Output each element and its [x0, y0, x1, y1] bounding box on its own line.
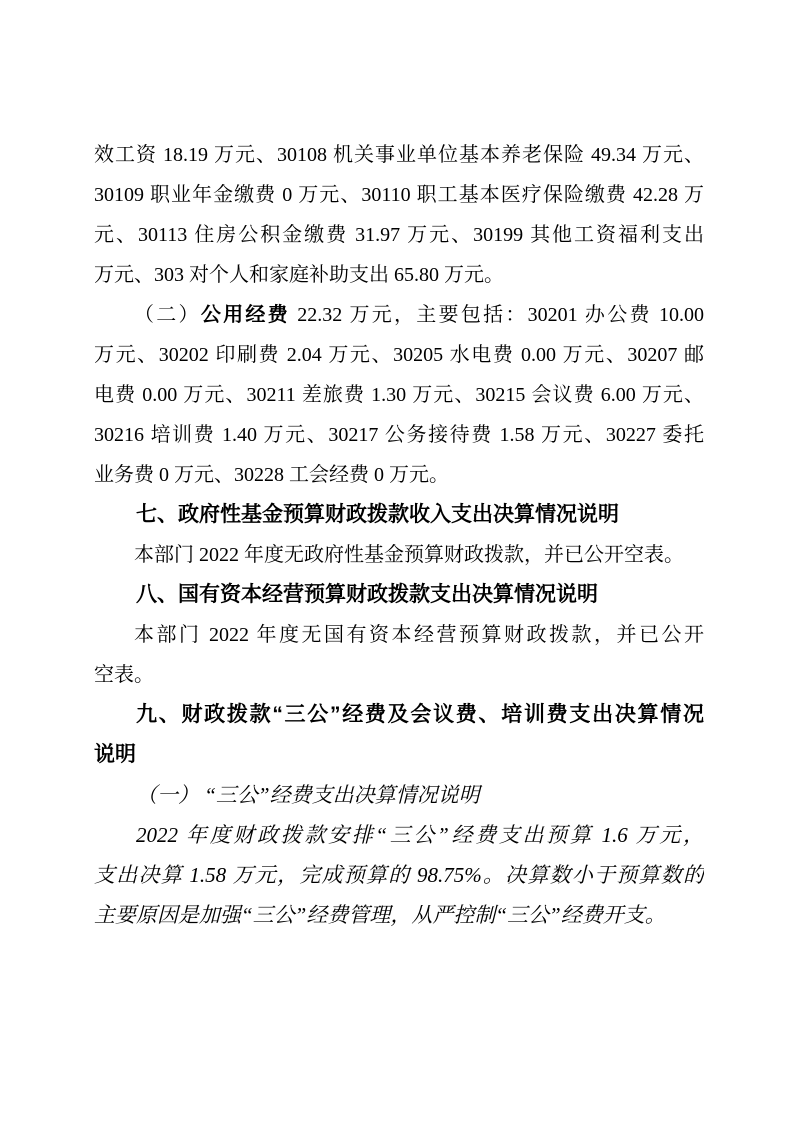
text-segment: （二） — [134, 304, 201, 326]
body-line-14: 空表。 — [94, 655, 704, 695]
text-segment: 电费 0.00 万元、30211 差旅费 1.30 万元、30215 会议费 6… — [94, 384, 704, 406]
text-segment: 支出决算 1.58 万元，完成预算的 98.75%。决算数小于预算数的 — [94, 863, 704, 887]
text-segment: 30109 职业年金缴费 0 万元、30110 职工基本医疗保险缴费 42.28… — [94, 184, 704, 206]
text-segment: 30216 培训费 1.40 万元、30217 公务接待费 1.58 万元、30… — [94, 424, 704, 446]
body-line-8: 30216 培训费 1.40 万元、30217 公务接待费 1.58 万元、30… — [94, 415, 704, 455]
text-segment: 本部门 2022 年度无政府性基金预算财政拨款，并已公开空表。 — [134, 544, 684, 566]
body-line-4: 万元、303 对个人和家庭补助支出 65.80 万元。 — [94, 255, 704, 295]
text-segment: 八、国有资本经营预算财政拨款支出决算情况说明 — [136, 583, 598, 606]
kaiti-line-19: 支出决算 1.58 万元，完成预算的 98.75%。决算数小于预算数的 — [94, 855, 704, 895]
kaiti-line-18: 2022 年度财政拨款安排“三公”经费支出预算 1.6 万元， — [94, 815, 704, 855]
text-segment: 空表。 — [94, 664, 154, 686]
section-heading-9-line-2: 说明 — [94, 735, 704, 775]
bold-term: 公用经费 — [201, 304, 290, 326]
body-line-5-public-expense: （二）公用经费 22.32 万元，主要包括：30201 办公费 10.00 — [94, 295, 704, 335]
body-line-1: 效工资 18.19 万元、30108 机关事业单位基本养老保险 49.34 万元… — [94, 135, 704, 175]
text-segment: 2022 年度财政拨款安排“三公”经费支出预算 1.6 万元， — [136, 823, 704, 847]
text-segment: 22.32 万元，主要包括：30201 办公费 10.00 — [290, 304, 704, 326]
text-segment: 主要原因是加强“三公”经费管理，从严控制“三公”经费开支。 — [94, 903, 666, 927]
text-segment: 效工资 18.19 万元、30108 机关事业单位基本养老保险 49.34 万元… — [94, 144, 704, 166]
text-segment: 万元、303 对个人和家庭补助支出 65.80 万元。 — [94, 264, 504, 286]
text-segment: 业务费 0 万元、30228 工会经费 0 万元。 — [94, 464, 449, 486]
body-line-6: 万元、30202 印刷费 2.04 万元、30205 水电费 0.00 万元、3… — [94, 335, 704, 375]
body-line-2: 30109 职业年金缴费 0 万元、30110 职工基本医疗保险缴费 42.28… — [94, 175, 704, 215]
text-segment: （一） “三公”经费支出决算情况说明 — [136, 783, 480, 807]
text-segment: 本部门 2022 年度无国有资本经营预算财政拨款，并已公开 — [134, 624, 704, 646]
text-segment: 九、财政拨款“三公”经费及会议费、培训费支出决算情况 — [136, 703, 704, 726]
kaiti-line-20: 主要原因是加强“三公”经费管理，从严控制“三公”经费开支。 — [94, 895, 704, 935]
text-segment: 说明 — [94, 743, 136, 766]
section-heading-8: 八、国有资本经营预算财政拨款支出决算情况说明 — [94, 575, 704, 615]
section-heading-9-line-1: 九、财政拨款“三公”经费及会议费、培训费支出决算情况 — [94, 695, 704, 735]
text-segment: 万元、30202 印刷费 2.04 万元、30205 水电费 0.00 万元、3… — [94, 344, 704, 366]
section-heading-7: 七、政府性基金预算财政拨款收入支出决算情况说明 — [94, 495, 704, 535]
text-segment: 元、30113 住房公积金缴费 31.97 万元、30199 其他工资福利支出 … — [94, 224, 704, 255]
body-line-11: 本部门 2022 年度无政府性基金预算财政拨款，并已公开空表。 — [94, 535, 704, 575]
text-segment: 七、政府性基金预算财政拨款收入支出决算情况说明 — [136, 503, 619, 526]
document-page: 效工资 18.19 万元、30108 机关事业单位基本养老保险 49.34 万元… — [0, 0, 793, 1122]
body-line-9: 业务费 0 万元、30228 工会经费 0 万元。 — [94, 455, 704, 495]
body-line-3: 元、30113 住房公积金缴费 31.97 万元、30199 其他工资福利支出 … — [94, 215, 704, 255]
body-line-7: 电费 0.00 万元、30211 差旅费 1.30 万元、30215 会议费 6… — [94, 375, 704, 415]
subsection-heading-sangong: （一） “三公”经费支出决算情况说明 — [94, 775, 704, 815]
body-line-13: 本部门 2022 年度无国有资本经营预算财政拨款，并已公开 — [94, 615, 704, 655]
